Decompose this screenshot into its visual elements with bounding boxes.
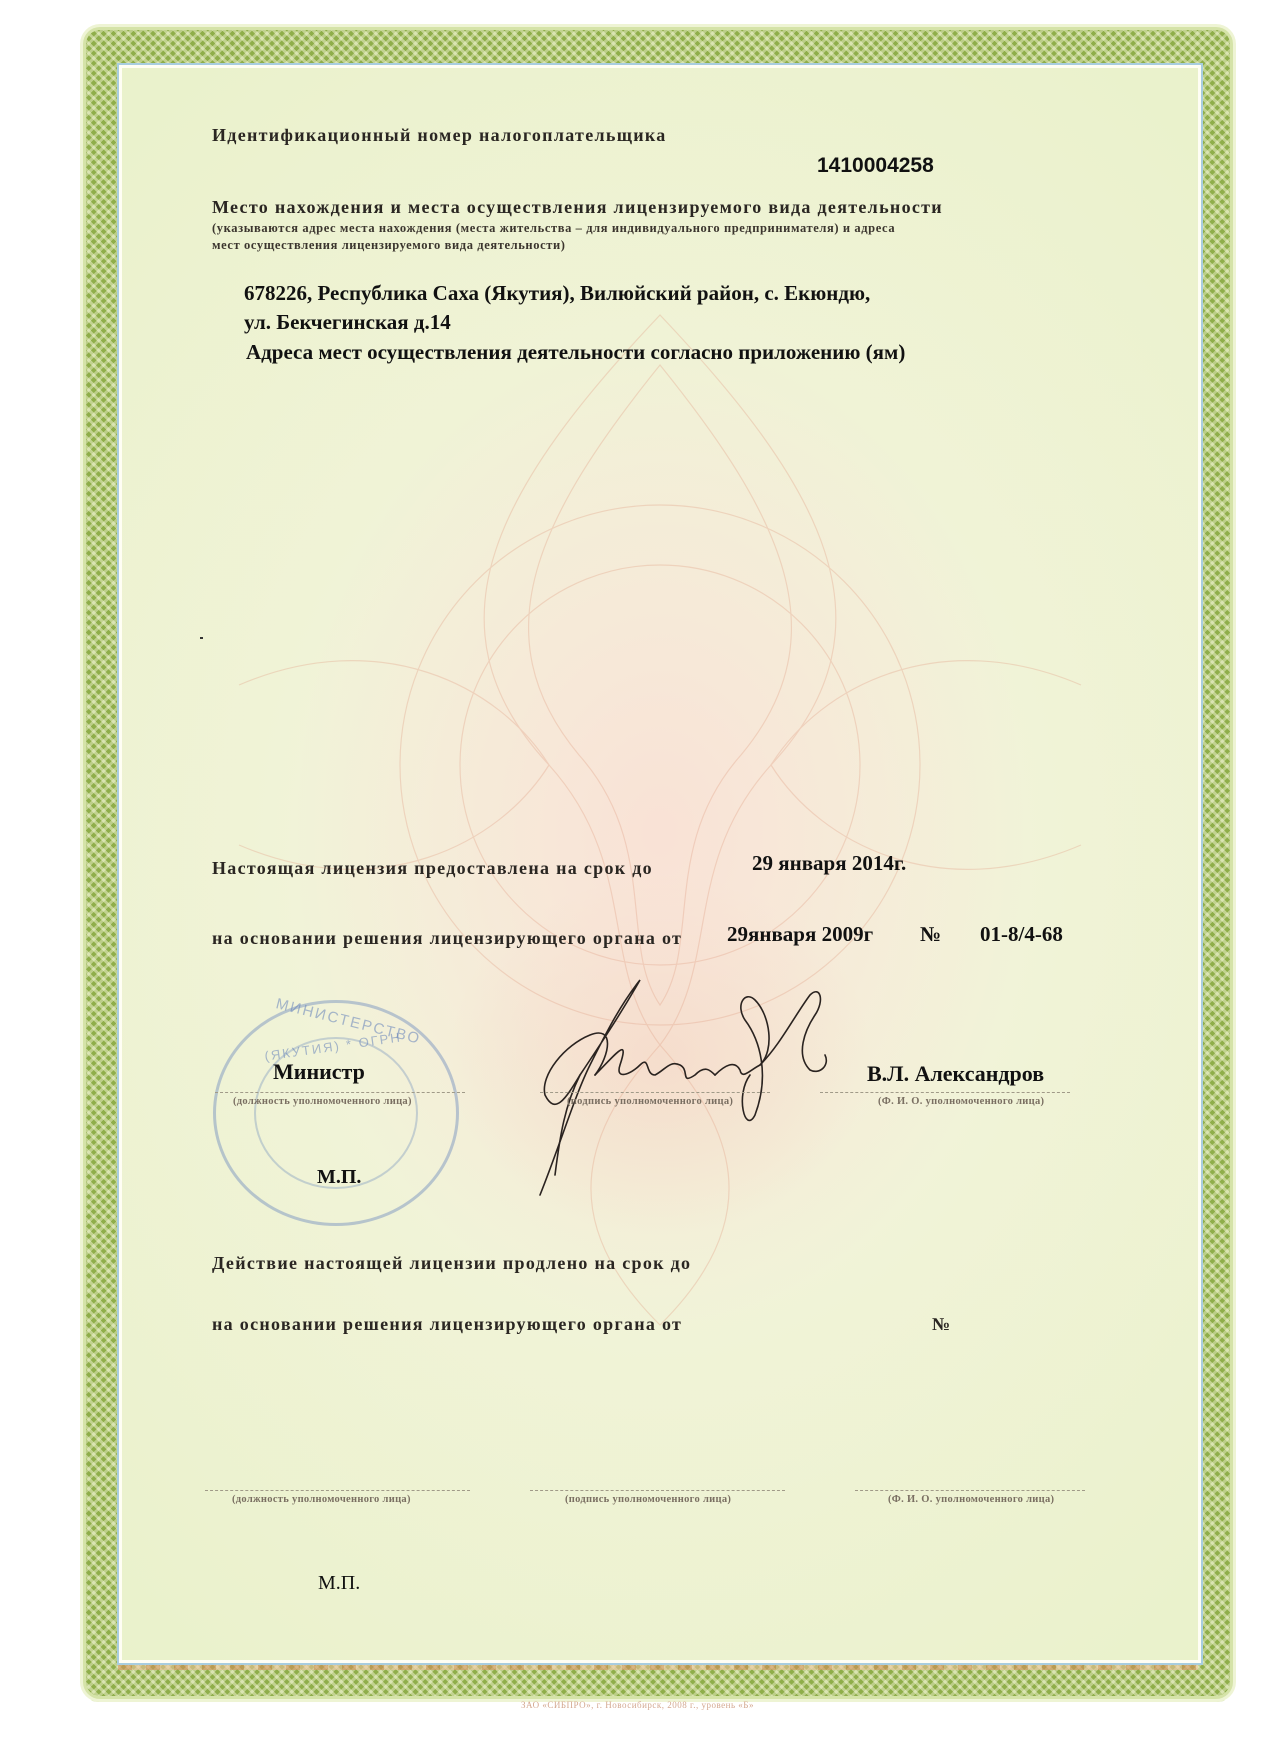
ext-position-rule [205,1490,470,1491]
name-rule [820,1092,1070,1093]
printer-footer: ЗАО «СИБПРО», г. Новосибирск, 2008 г., у… [0,1700,1275,1710]
ext-signature-caption: (подпись уполномоченного лица) [565,1494,731,1505]
position-rule [215,1092,465,1093]
official-stamp: МИНИСТЕРСТВО (ЯКУТИЯ) * ОГРН [213,1000,459,1226]
inn-value: 1410004258 [817,154,934,178]
decision-label: на основании решения лицензирующего орга… [212,928,682,949]
ext-position-caption: (должность уполномоченного лица) [232,1494,411,1505]
decision-date: 29января 2009г [727,922,873,947]
address-line3: Адреса мест осуществления деятельности с… [246,340,905,365]
location-note-line1: (указываются адрес места нахождения (мес… [212,221,895,236]
address-line2: ул. Бекчегинская д.14 [244,310,451,335]
seal-mark: М.П. [317,1166,361,1189]
extension-label: Действие настоящей лицензии продлено на … [212,1253,691,1274]
validity-label: Настоящая лицензия предоставлена на срок… [212,858,653,879]
ext-name-caption: (Ф. И. О. уполномоченного лица) [888,1494,1054,1505]
signatory-name: В.Л. Александров [867,1061,1044,1087]
location-heading: Место нахождения и места осуществления л… [212,197,943,218]
validity-date: 29 января 2014г. [752,851,906,876]
inn-label: Идентификационный номер налогоплательщик… [212,125,667,146]
scan-speck [200,637,203,639]
ext-signature-rule [530,1490,785,1491]
location-note-line2: мест осуществления лицензируемого вида д… [212,238,566,253]
signature-rule [540,1092,770,1093]
address-line1: 678226, Республика Саха (Якутия), Вилюйс… [244,281,870,306]
position-caption: (должность уполномоченного лица) [233,1096,412,1107]
extension-number-sign: № [932,1314,951,1335]
ext-seal-mark: М.П. [318,1572,360,1595]
extension-decision-label: на основании решения лицензирующего орга… [212,1314,682,1335]
name-caption: (Ф. И. О. уполномоченного лица) [878,1096,1044,1107]
signature-caption: (подпись уполномоченного лица) [567,1096,733,1107]
handwritten-signature [520,975,880,1205]
decision-number: 01-8/4-68 [980,922,1063,947]
signatory-position: Министр [273,1059,365,1085]
decision-number-sign: № [920,922,941,947]
ext-name-rule [855,1490,1085,1491]
